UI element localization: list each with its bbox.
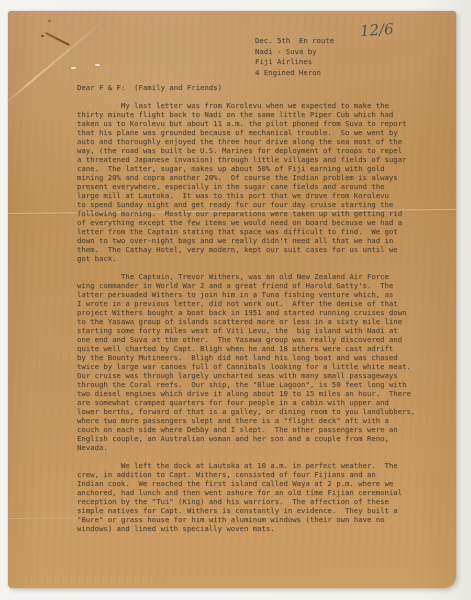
fold-crease-diagonal	[1, 20, 103, 106]
paper-speck	[41, 35, 44, 37]
letter-body: My last letter was from Korolevu when we…	[77, 101, 415, 542]
letter-paper: 12/6 Dec. 5th En route Nadi - Suva by Fi…	[8, 11, 456, 588]
paper-speck	[71, 67, 76, 70]
letter-paragraph-2: The Captain, Trevor Withers, was an old …	[77, 272, 415, 452]
scan-background: 12/6 Dec. 5th En route Nadi - Suva by Fi…	[0, 0, 471, 600]
pencil-date-annotation: 12/6	[359, 20, 394, 40]
letter-paragraph-3: We left the dock at Lautoka at 10 a.m. i…	[77, 461, 415, 533]
letter-salutation: Dear F & F: (Family and Friends)	[77, 83, 222, 92]
ink-stain-streak	[45, 32, 70, 46]
paper-speck	[48, 20, 51, 22]
paper-speck	[95, 64, 100, 67]
letter-heading-dateline: Dec. 5th En route Nadi - Suva by Fiji Ai…	[255, 36, 334, 78]
letter-paragraph-1: My last letter was from Korolevu when we…	[77, 101, 415, 263]
